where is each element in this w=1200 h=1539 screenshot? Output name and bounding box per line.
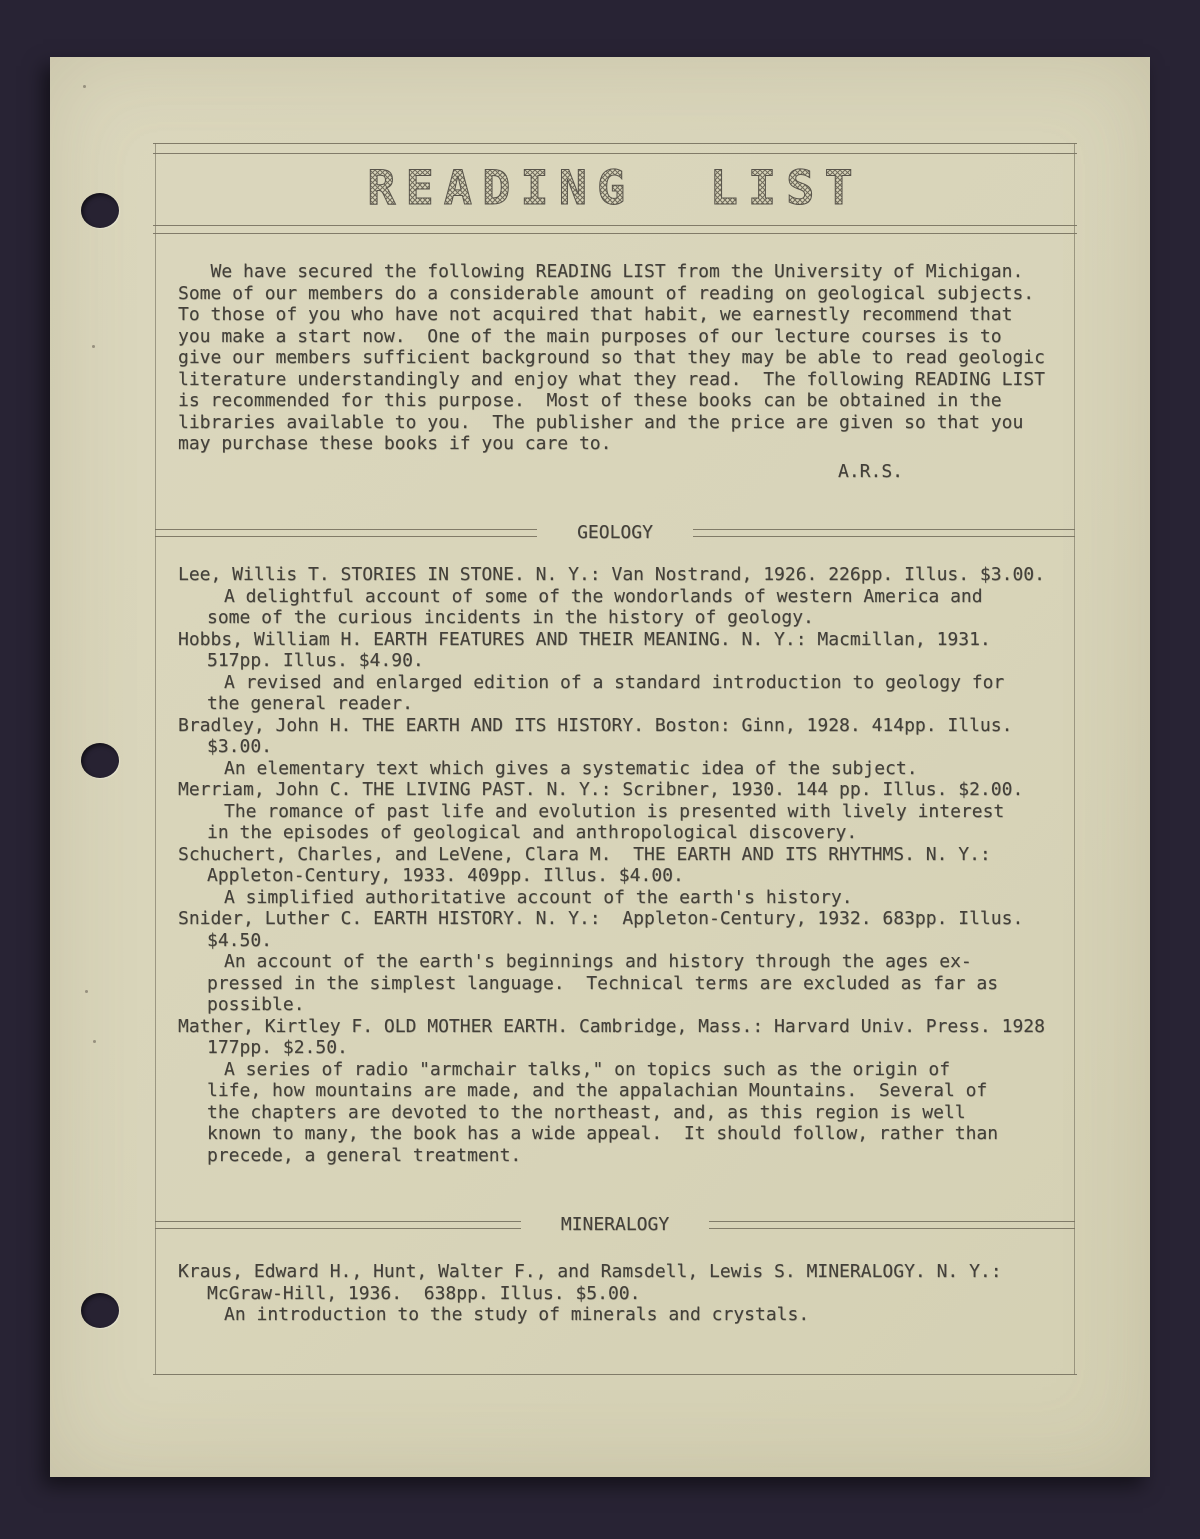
description-line: A delightful account of some of the wond… xyxy=(155,586,1075,608)
section-divider-mineralogy: MINERALOGY xyxy=(155,1214,1075,1236)
description-line: the general reader. xyxy=(155,693,1075,715)
description-line: known to many, the book has a wide appea… xyxy=(155,1123,1075,1145)
rule-line xyxy=(155,1221,521,1229)
book-entry: Kraus, Edward H., Hunt, Walter F., and R… xyxy=(155,1261,1075,1326)
title-art: READING LIST xyxy=(295,155,935,223)
citation-line: $4.50. xyxy=(155,930,1075,952)
intro-line: libraries available to you. The publishe… xyxy=(178,412,1075,434)
page-title: READING LIST xyxy=(367,161,863,216)
scan-speck xyxy=(85,990,88,993)
punch-hole xyxy=(81,193,119,228)
book-list-mineralogy: Kraus, Edward H., Hunt, Walter F., and R… xyxy=(155,1261,1075,1326)
description-line: A simplified authoritative account of th… xyxy=(155,887,1075,909)
book-entry: Hobbs, William H. EARTH FEATURES AND THE… xyxy=(155,629,1075,715)
book-entry: Mather, Kirtley F. OLD MOTHER EARTH. Cam… xyxy=(155,1016,1075,1167)
citation-line: 517pp. Illus. $4.90. xyxy=(155,650,1075,672)
description-line: life, how mountains are made, and the ap… xyxy=(155,1080,1075,1102)
description-line: An account of the earth's beginnings and… xyxy=(155,951,1075,973)
book-entry: Schuchert, Charles, and LeVene, Clara M.… xyxy=(155,844,1075,909)
scanned-document: { "title": "READING LIST", "intro": { "l… xyxy=(0,0,1200,1539)
citation-line: Bradley, John H. THE EARTH AND ITS HISTO… xyxy=(155,715,1075,737)
book-entry: Snider, Luther C. EARTH HISTORY. N. Y.: … xyxy=(155,908,1075,1016)
page-frame: READING LIST We have secured the followi… xyxy=(155,143,1075,1375)
intro-line: may purchase these books if you care to. xyxy=(178,433,1075,455)
rule-line xyxy=(153,143,1077,144)
citation-line: Mather, Kirtley F. OLD MOTHER EARTH. Cam… xyxy=(155,1016,1075,1038)
intro-line: We have secured the following READING LI… xyxy=(178,261,1075,283)
scan-speck xyxy=(93,1040,96,1043)
intro-line: give our members sufficient background s… xyxy=(178,347,1075,369)
paper-page: READING LIST We have secured the followi… xyxy=(50,57,1150,1477)
description-line: precede, a general treatment. xyxy=(155,1145,1075,1167)
book-entry: Bradley, John H. THE EARTH AND ITS HISTO… xyxy=(155,715,1075,780)
punch-hole xyxy=(81,743,119,778)
rule-line xyxy=(153,225,1077,226)
book-entry: Merriam, John C. THE LIVING PAST. N. Y.:… xyxy=(155,779,1075,844)
rule-line xyxy=(153,1374,1077,1375)
scan-speck xyxy=(83,85,86,88)
citation-line: Kraus, Edward H., Hunt, Walter F., and R… xyxy=(155,1261,1075,1283)
book-list-geology: Lee, Willis T. STORIES IN STONE. N. Y.: … xyxy=(155,564,1075,1166)
description-line: the chapters are devoted to the northeas… xyxy=(155,1102,1075,1124)
intro-line: literature understandingly and enjoy wha… xyxy=(178,369,1075,391)
description-line: A series of radio "armchair talks," on t… xyxy=(155,1059,1075,1081)
citation-line: 177pp. $2.50. xyxy=(155,1037,1075,1059)
description-line: possible. xyxy=(155,994,1075,1016)
description-line: An introduction to the study of minerals… xyxy=(155,1304,1075,1326)
intro-line: you make a start now. One of the main pu… xyxy=(178,326,1075,348)
description-line: An elementary text which gives a systema… xyxy=(155,758,1075,780)
section-divider-geology: GEOLOGY xyxy=(155,522,1075,544)
book-entry: Lee, Willis T. STORIES IN STONE. N. Y.: … xyxy=(155,564,1075,629)
citation-line: $3.00. xyxy=(155,736,1075,758)
citation-line: Lee, Willis T. STORIES IN STONE. N. Y.: … xyxy=(155,564,1075,586)
intro-line: is recommended for this purpose. Most of… xyxy=(178,390,1075,412)
signature-initials: A.R.S. xyxy=(155,461,1075,483)
description-line: The romance of past life and evolution i… xyxy=(155,801,1075,823)
rule-line xyxy=(155,529,537,537)
citation-line: Snider, Luther C. EARTH HISTORY. N. Y.: … xyxy=(155,908,1075,930)
citation-line: Appleton-Century, 1933. 409pp. Illus. $4… xyxy=(155,865,1075,887)
intro-line: To those of you who have not acquired th… xyxy=(178,304,1075,326)
description-line: pressed in the simplest language. Techni… xyxy=(155,973,1075,995)
section-heading-mineralogy: MINERALOGY xyxy=(561,1214,669,1236)
description-line: A revised and enlarged edition of a stan… xyxy=(155,672,1075,694)
intro-paragraph: We have secured the following READING LI… xyxy=(155,261,1075,455)
section-heading-geology: GEOLOGY xyxy=(577,522,653,544)
rule-line xyxy=(709,1221,1075,1229)
citation-line: Merriam, John C. THE LIVING PAST. N. Y.:… xyxy=(155,779,1075,801)
scan-speck xyxy=(92,345,95,348)
title-banner: READING LIST xyxy=(155,153,1075,225)
citation-line: Hobbs, William H. EARTH FEATURES AND THE… xyxy=(155,629,1075,651)
citation-line: Schuchert, Charles, and LeVene, Clara M.… xyxy=(155,844,1075,866)
description-line: some of the curious incidents in the his… xyxy=(155,607,1075,629)
citation-line: McGraw-Hill, 1936. 638pp. Illus. $5.00. xyxy=(155,1283,1075,1305)
punch-hole xyxy=(81,1293,119,1328)
description-line: in the episodes of geological and anthro… xyxy=(155,822,1075,844)
rule-line xyxy=(693,529,1075,537)
intro-line: Some of our members do a considerable am… xyxy=(178,283,1075,305)
document-body: We have secured the following READING LI… xyxy=(155,233,1075,1326)
